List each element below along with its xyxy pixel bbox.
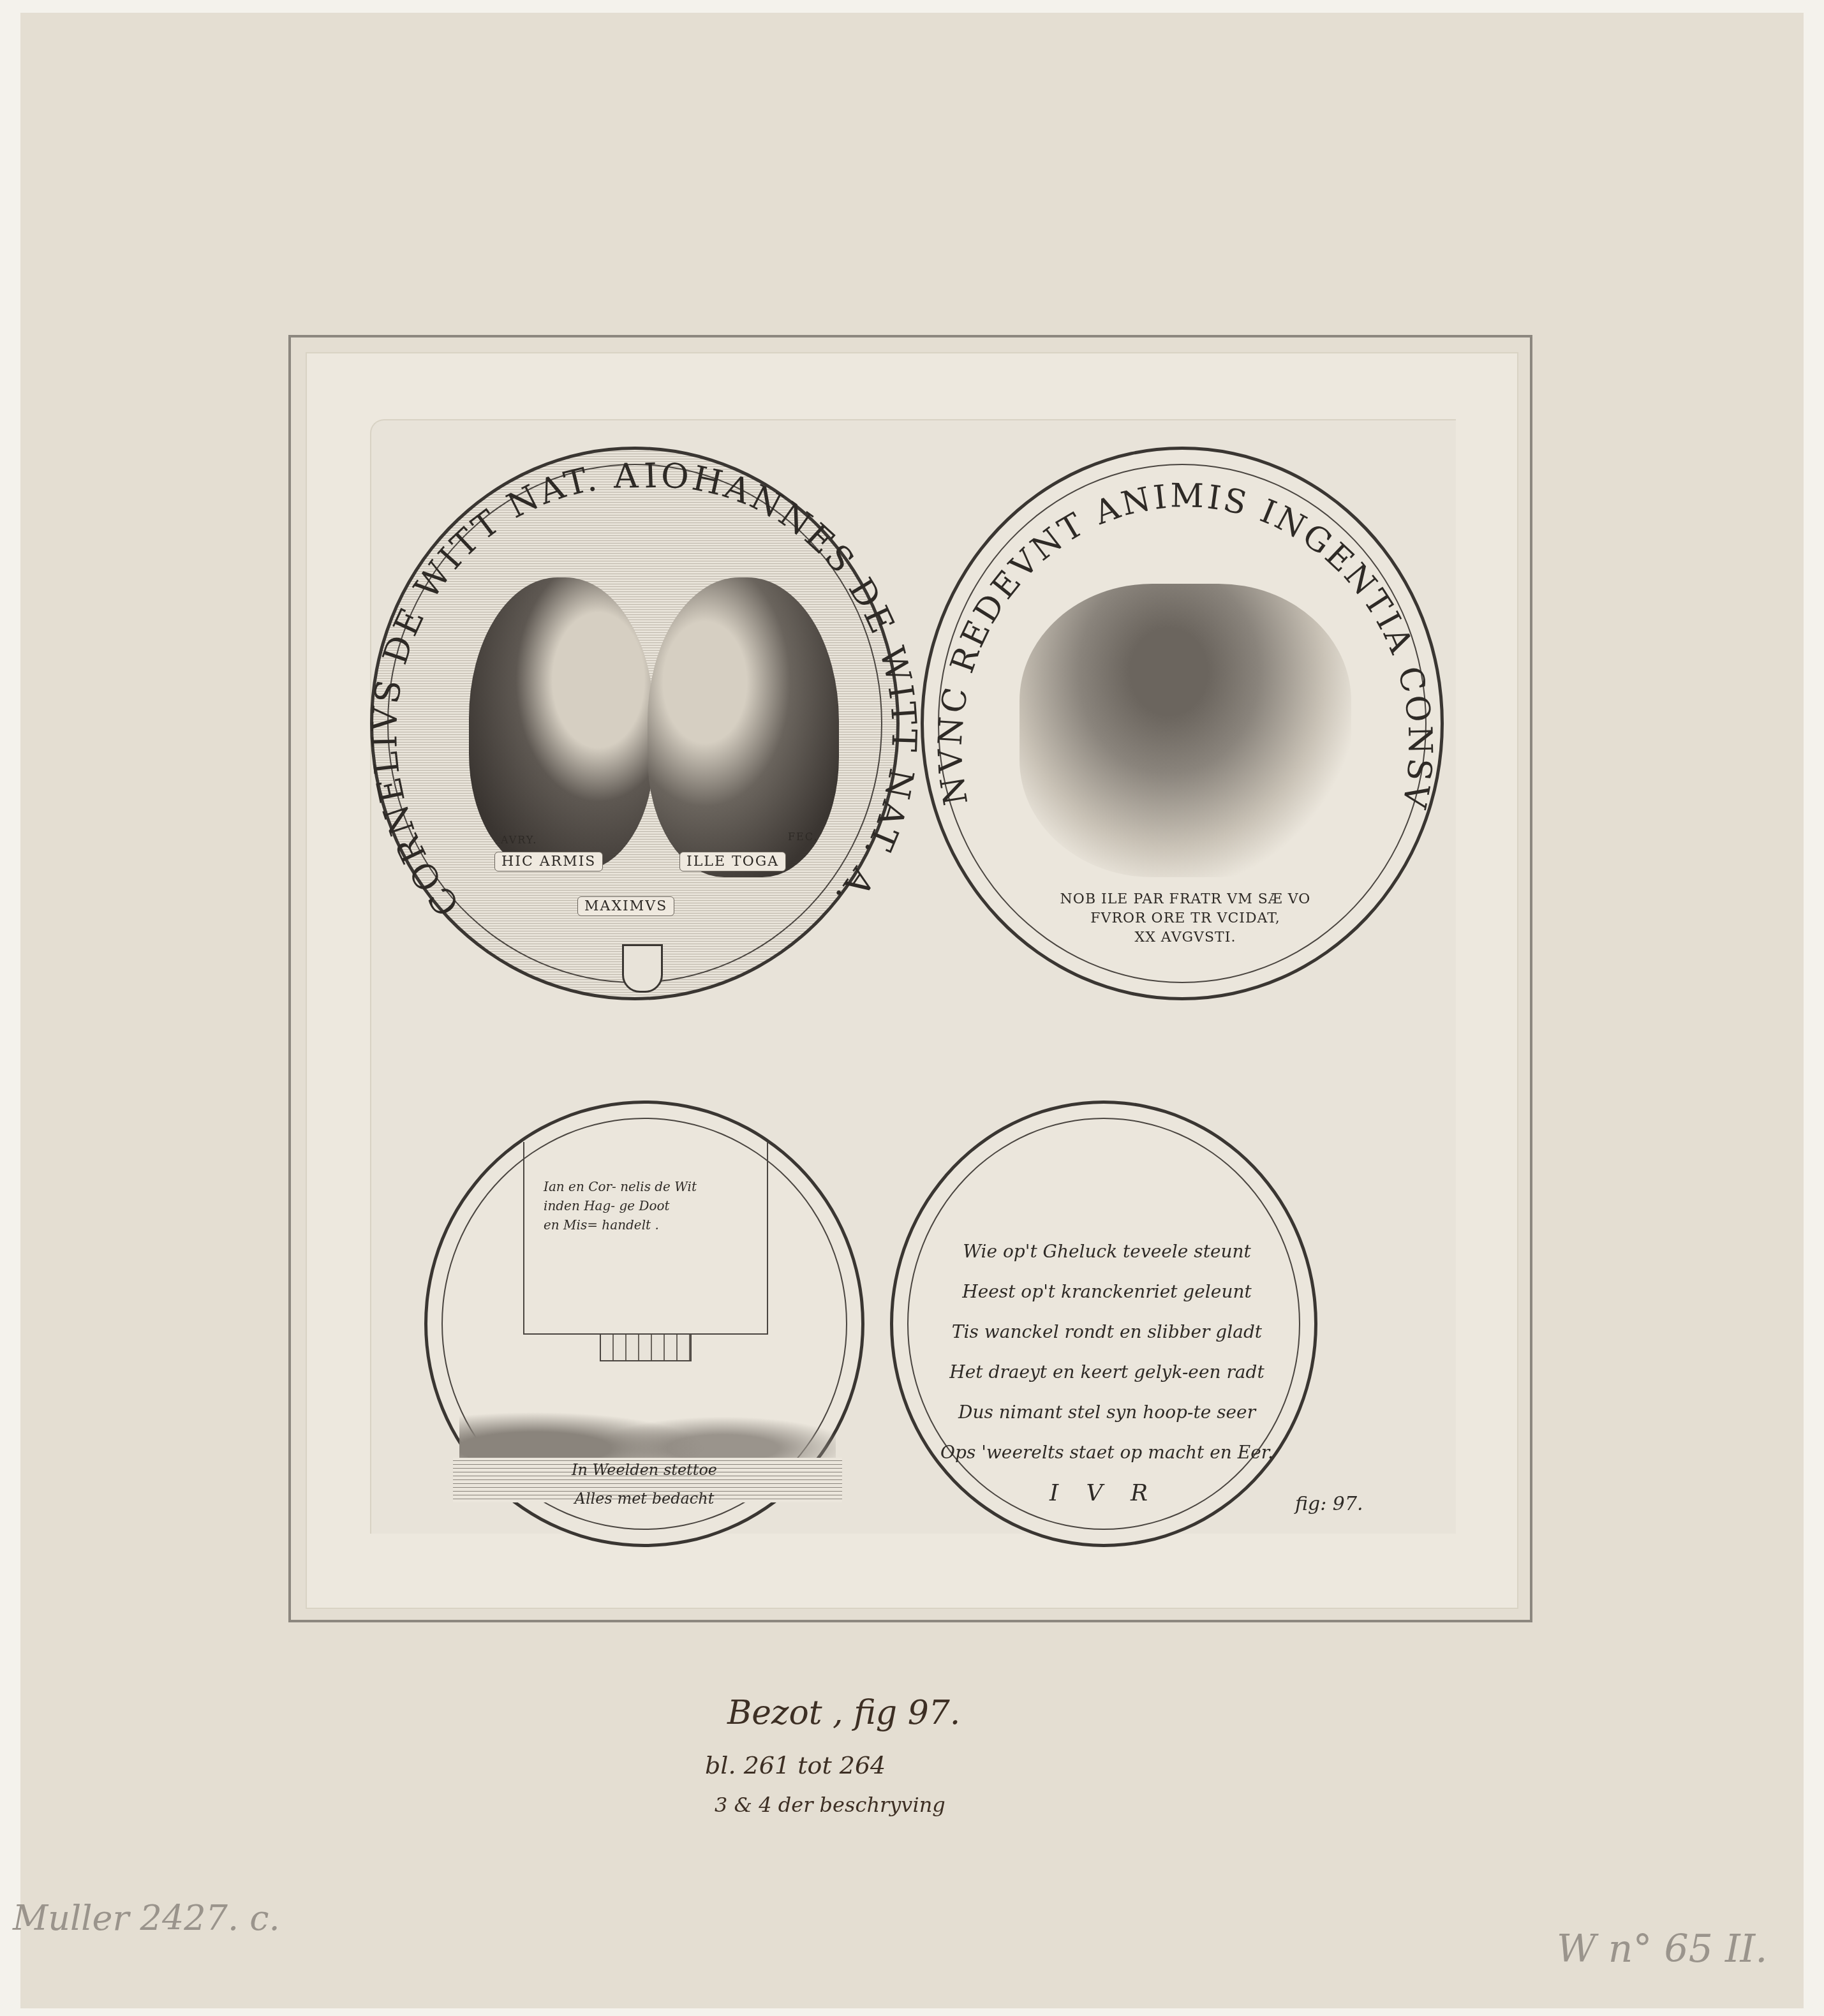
motto-line-1: In Weelden stettoe — [427, 1461, 861, 1479]
poem-line: Het draeyt en keert gelyk-een radt — [919, 1352, 1295, 1392]
engraver-mark: AVRY. — [494, 833, 544, 847]
medal-allegory: NVNC REDEVNT ANIMIS INGENTIA CONSVLIS AC… — [921, 447, 1444, 1000]
exergue-inscription: NOB ILE PAR FRATR VM SÆ VO FVROR ORE TR … — [1032, 890, 1338, 947]
coat-of-arms-shield-icon — [622, 944, 663, 993]
poem-text: Wie op't Gheluck teveele steunt Heest op… — [919, 1231, 1295, 1472]
poem-line: Ops 'weerelts staet op macht en Eer. — [919, 1432, 1295, 1472]
figure-number: fig: 97. — [1295, 1493, 1363, 1515]
scroll-ille-toga: ILLE TOGA — [679, 852, 786, 871]
medal-poem: Wie op't Gheluck teveele steunt Heest op… — [890, 1101, 1317, 1547]
pencil-catalogue-number: Muller 2427. c. — [13, 1898, 280, 1938]
medal-double-portrait: CORNELIVS DE WITT NAT. A. 1623. IOHANNES… — [370, 447, 900, 1000]
scroll-hic-armis: HIC ARMIS — [494, 852, 603, 871]
scroll-maximus: MAXIMVS — [577, 896, 674, 916]
ink-annotation-description: 3 & 4 der beschryving — [715, 1793, 945, 1817]
signature-fec: FEC. — [782, 829, 825, 844]
poem-line: Wie op't Gheluck teveele steunt — [919, 1231, 1295, 1271]
motto-line-2: Alles met bedacht — [427, 1490, 861, 1508]
medal-execution-scene: Ian en Cor- nelis de Wit inden Hag- ge D… — [424, 1101, 864, 1547]
ink-annotation-pages: bl. 261 tot 264 — [705, 1751, 886, 1779]
pencil-inventory-number: W n° 65 II. — [1557, 1927, 1767, 1971]
poem-line: Tis wanckel rondt en slibber gladt — [919, 1312, 1295, 1352]
curtain-stage: Ian en Cor- nelis de Wit inden Hag- ge D… — [523, 1142, 768, 1335]
poem-line: Heest op't kranckenriet geleunt — [919, 1271, 1295, 1312]
brick-pedestal — [600, 1333, 692, 1361]
poem-line: Dus nimant stel syn hoop-te seer — [919, 1392, 1295, 1432]
ink-annotation-title: Bezot , fig 97. — [727, 1694, 960, 1732]
poem-signature: I V R — [893, 1480, 1314, 1506]
curtain-inscription: Ian en Cor- nelis de Wit inden Hag- ge D… — [544, 1177, 754, 1234]
allegory-beasts-and-figures — [1020, 584, 1351, 877]
portrait-cornelius-de-witt — [469, 577, 654, 871]
